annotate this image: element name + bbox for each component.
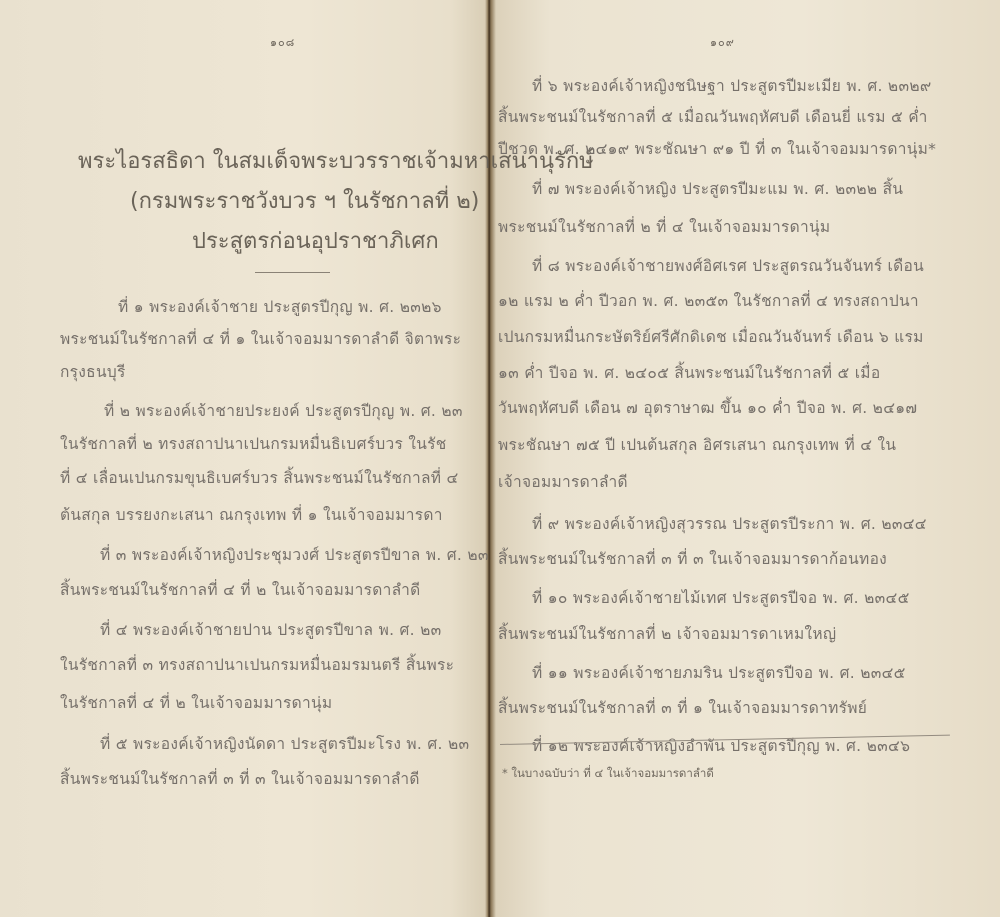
heading-divider: [255, 272, 330, 273]
text-line: ที่ ๓ พระองค์เจ้าหญิงประชุมวงศ์ ประสูตรป…: [100, 542, 489, 567]
text-line: สิ้นพระชนม์ในรัชกาลที่ ๔ ที่ ๒ ในเจ้าจอม…: [60, 577, 420, 602]
text-line: ที่ ๔ เลื่อนเปนกรมขุนธิเบศร์บวร สิ้นพระช…: [60, 465, 459, 490]
text-line: ปีชวด พ. ศ. ๒๔๑๙ พระชัณษา ๙๑ ปี ที่ ๓ ใน…: [498, 136, 936, 161]
footnote: * ในบางฉบับว่า ที่ ๔ ในเจ้าจอมมารดาลำดี: [502, 765, 714, 783]
text-line: กรุงธนบุรี: [60, 359, 126, 384]
text-line: เปนกรมหมื่นกระษัตริย์ศรีศักดิเดช เมื่อณว…: [498, 324, 924, 349]
left-page: ๑๐๘ พระไอรสธิดา ในสมเด็จพระบวรราชเจ้ามหา…: [0, 0, 488, 917]
text-line: พระชัณษา ๗๕ ปี เปนต้นสกุล อิศรเสนา ณกรุง…: [498, 432, 896, 457]
right-page: ๑๐๙ ที่ ๖ พระองค์เจ้าหญิงชนิษฐา ประสูตรป…: [492, 0, 1000, 917]
text-line: สิ้นพระชนม์ในรัชกาลที่ ๒ เจ้าจอมมารดาเหม…: [498, 621, 836, 646]
text-line: ที่ ๗ พระองค์เจ้าหญิง ประสูตรปีมะแม พ. ศ…: [532, 176, 903, 201]
section-heading-line-2: (กรมพระราชวังบวร ฯ ในรัชกาลที่ ๒): [130, 183, 479, 218]
text-line: ๑๓ ค่ำ ปีจอ พ. ศ. ๒๔๐๕ สิ้นพระชนม์ในรัชก…: [498, 360, 880, 385]
text-line: ต้นสกุล บรรยงกะเสนา ณกรุงเทพ ที่ ๑ ในเจ้…: [60, 502, 443, 527]
text-line: สิ้นพระชนม์ในรัชกาลที่ ๕ เมื่อณวันพฤหัศบ…: [498, 104, 928, 129]
text-line: สิ้นพระชนม์ในรัชกาลที่ ๓ ที่ ๑ ในเจ้าจอม…: [498, 695, 867, 720]
page-number: ๑๐๘: [270, 33, 295, 51]
text-line: วันพฤหัศบดี เดือน ๗ อุตราษาฒ ขึ้น ๑๐ ค่ำ…: [498, 395, 917, 420]
text-line: ในรัชกาลที่ ๒ ทรงสถาปนาเปนกรมหมื่นธิเบศร…: [60, 431, 447, 456]
text-line: ในรัชกาลที่ ๔ ที่ ๒ ในเจ้าจอมมารดานุ่ม: [60, 690, 332, 715]
text-line: ที่ ๘ พระองค์เจ้าชายพงศ์อิศเรศ ประสูตรณว…: [532, 253, 924, 278]
text-line: สิ้นพระชนม์ในรัชกาลที่ ๓ ที่ ๓ ในเจ้าจอม…: [60, 766, 420, 791]
text-line: ที่ ๖ พระองค์เจ้าหญิงชนิษฐา ประสูตรปีมะเ…: [532, 73, 932, 98]
text-line: ในรัชกาลที่ ๓ ทรงสถาปนาเปนกรมหมื่นอมรมนต…: [60, 652, 454, 677]
text-line: ที่ ๑ พระองค์เจ้าชาย ประสูตรปีกุญ พ. ศ. …: [118, 294, 442, 319]
text-line: สิ้นพระชนม์ในรัชกาลที่ ๓ ที่ ๓ ในเจ้าจอม…: [498, 546, 887, 571]
text-line: ที่ ๙ พระองค์เจ้าหญิงสุวรรณ ประสูตรปีระก…: [532, 511, 927, 536]
text-line: ที่ ๑๐ พระองค์เจ้าชายไม้เทศ ประสูตรปีจอ …: [532, 585, 910, 610]
section-heading-line-3: ประสูตรก่อนอุปราชาภิเศก: [192, 223, 439, 258]
text-line: ที่ ๕ พระองค์เจ้าหญิงนัดดา ประสูตรปีมะโร…: [100, 731, 469, 756]
open-book: ๑๐๘ พระไอรสธิดา ในสมเด็จพระบวรราชเจ้ามหา…: [0, 0, 1000, 917]
text-line: ๑๒ แรม ๒ ค่ำ ปีวอก พ. ศ. ๒๓๕๓ ในรัชกาลที…: [498, 288, 919, 313]
text-line: พระชนม์ในรัชกาลที่ ๔ ที่ ๑ ในเจ้าจอมมารด…: [60, 326, 461, 351]
text-line: ที่ ๒ พระองค์เจ้าชายประยงค์ ประสูตรปีกุญ…: [104, 398, 463, 423]
text-line: พระชนม์ในรัชกาลที่ ๒ ที่ ๔ ในเจ้าจอมมารด…: [498, 214, 830, 239]
text-line: ที่ ๑๑ พระองค์เจ้าชายภมริน ประสูตรปีจอ พ…: [532, 660, 906, 685]
text-line: ที่ ๔ พระองค์เจ้าชายปาน ประสูตรปีขาล พ. …: [100, 617, 442, 642]
text-line: เจ้าจอมมารดาลำดี: [498, 469, 628, 494]
page-number: ๑๐๙: [710, 33, 735, 51]
